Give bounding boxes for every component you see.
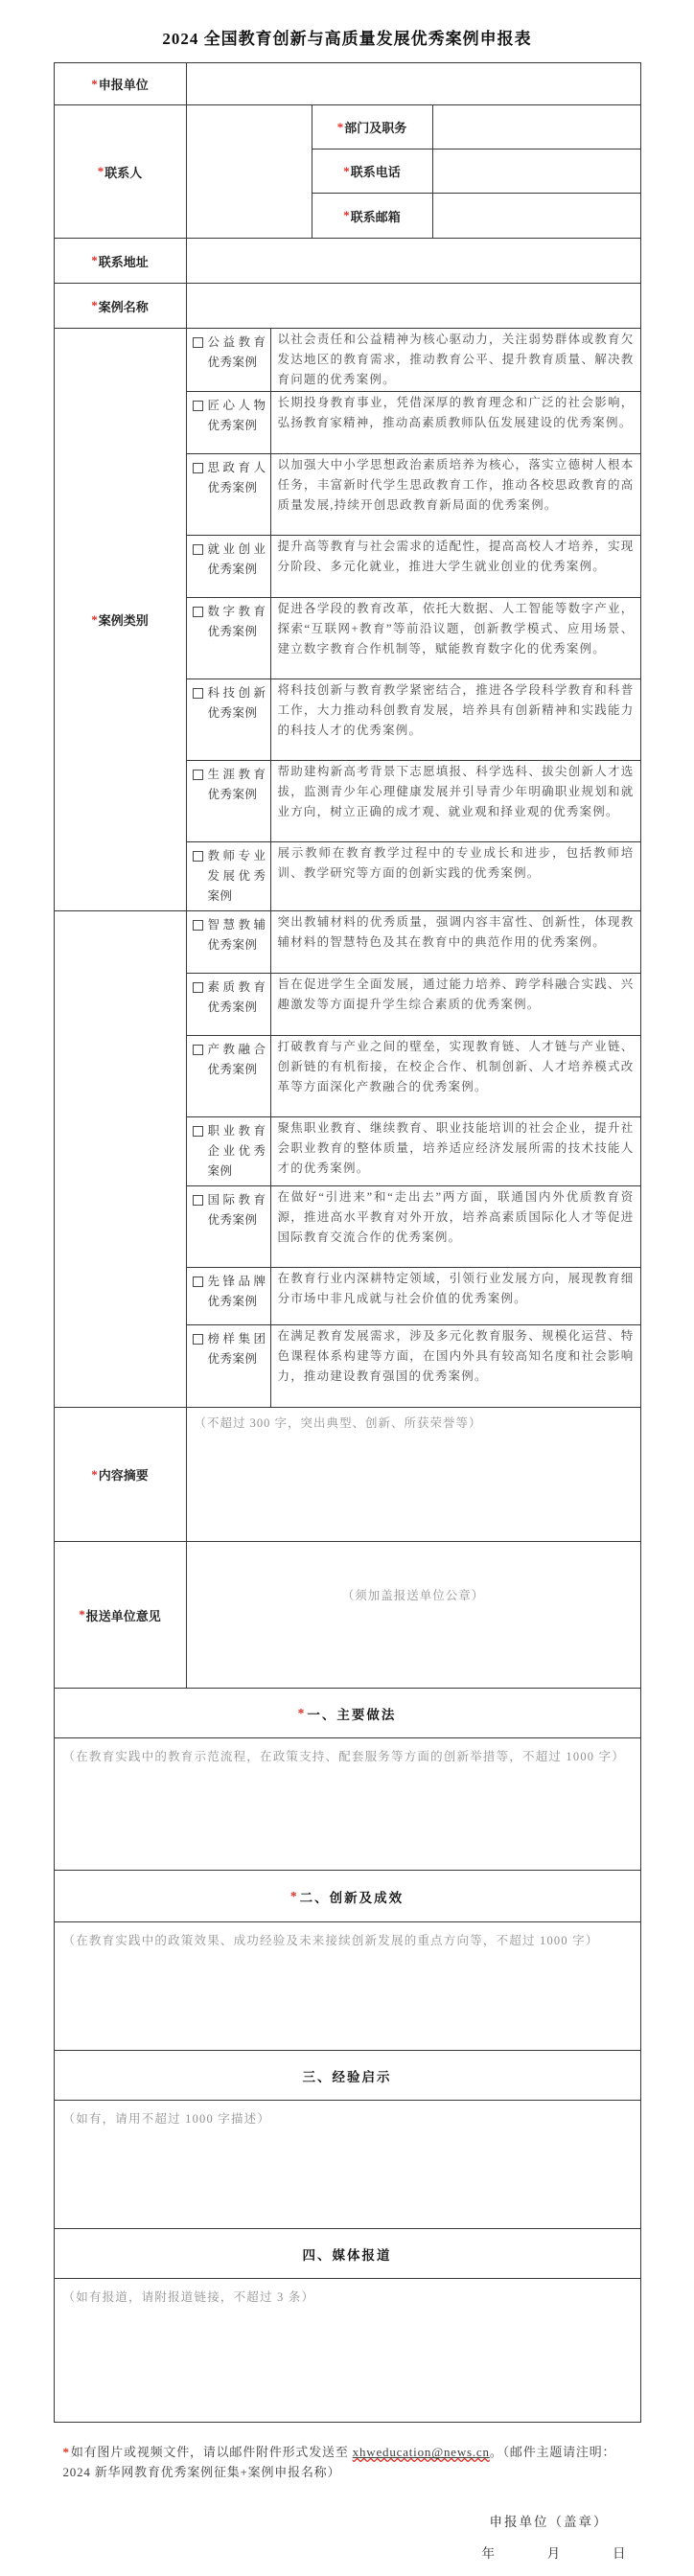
section-4-hint: （如有报道，请附报道链接，不超过 3 条） [63, 2290, 315, 2304]
footer-note: *如有图片或视频文件，请以邮件附件形式发送至 xhweducation@news… [54, 2442, 641, 2482]
section-2-input[interactable]: （在教育实践中的政策效果、成功经验及未来接续创新发展的重点方向等，不超过 100… [55, 1922, 640, 2050]
contact-label: *联系人 [55, 105, 186, 238]
category-desc: 将科技创新与教育教学紧密结合，推进各学段科学教育和科普工作，大力推动科创教育发展… [270, 679, 640, 760]
required-asterisk: * [91, 612, 98, 628]
category-checkbox[interactable] [193, 463, 203, 473]
form-footer: *如有图片或视频文件，请以邮件附件形式发送至 xhweducation@news… [54, 2442, 641, 2562]
opinion-hint: （须加盖报送单位公章） [342, 1589, 485, 1602]
contact-phone-label: *联系电话 [312, 149, 432, 193]
category-list-a: 公益教育优秀案例 以社会责任和公益精神为核心驱动力，关注弱势群体或教育欠发达地区… [186, 329, 640, 910]
summary-input[interactable]: （不超过 300 字，突出典型、创新、所获荣誉等） [186, 1408, 640, 1541]
section-3-input[interactable]: （如有，请用不超过 1000 字描述） [55, 2101, 640, 2228]
case-name-label: *案例名称 [55, 284, 186, 328]
section-1-header: *一、主要做法 [55, 1689, 640, 1738]
category-checkbox[interactable] [193, 1195, 203, 1206]
category-row-jiangxin: 匠心人物优秀案例 长期投身教育事业，凭借深厚的教育理念和广泛的社会影响，弘扬教育… [186, 392, 640, 454]
category-name: 公益教育优秀案例 [208, 333, 266, 373]
row-contact-address: *联系地址 [55, 239, 640, 284]
section-1-row: （在教育实践中的教育示范流程，在政策支持、配套服务等方面的创新举措等，不超过 1… [55, 1738, 640, 1871]
contact-address-input[interactable] [186, 239, 640, 283]
category-name: 科技创新优秀案例 [208, 683, 266, 724]
date-line: 年 月 日 [482, 2542, 626, 2562]
category-name: 职业教育企业优秀案例 [208, 1121, 266, 1182]
category-row-shengya: 生涯教育优秀案例 帮助建构新高考背景下志愿填报、科学选科、拔尖创新人才选拔，监测… [186, 761, 640, 842]
case-category-label-empty [55, 911, 186, 1407]
summary-label: *内容摘要 [55, 1408, 186, 1541]
category-checkbox[interactable] [193, 401, 203, 411]
required-asterisk: * [91, 1467, 98, 1483]
category-name: 数字教育优秀案例 [208, 602, 266, 642]
category-row-keji: 科技创新优秀案例 将科技创新与教育教学紧密结合，推进各学段科学教育和科普工作，大… [186, 679, 640, 761]
footer-note-prefix: 如有图片或视频文件，请以邮件附件形式发送至 [71, 2445, 353, 2459]
category-row-jiuye: 就业创业优秀案例 提升高等教育与社会需求的适配性，提高高校人才培养，实现分阶段、… [186, 536, 640, 598]
category-list-b: 智慧教辅优秀案例 突出教辅材料的优秀质量，强调内容丰富性、创新性，体现教辅材料的… [186, 911, 640, 1407]
category-desc: 聚焦职业教育、继续教育、职业技能培训的社会企业，提升社会职业教育的整体质量，培养… [270, 1117, 640, 1185]
category-desc: 展示教师在教育教学过程中的专业成长和进步，包括教师培训、教学研究等方面的创新实践… [270, 842, 640, 910]
category-row-jiaoshi: 教师专业发展优秀案例 展示教师在教育教学过程中的专业成长和进步，包括教师培训、教… [186, 842, 640, 910]
row-opinion: *报送单位意见 （须加盖报送单位公章） [55, 1542, 640, 1689]
category-desc: 在做好“引进来”和“走出去”两方面，联通国内外优质教育资源，推进高水平教育对外开… [270, 1186, 640, 1267]
category-checkbox[interactable] [193, 1045, 203, 1055]
case-name-input[interactable] [186, 284, 640, 328]
category-checkbox[interactable] [193, 770, 203, 780]
row-summary: *内容摘要 （不超过 300 字，突出典型、创新、所获荣誉等） [55, 1408, 640, 1542]
required-asterisk: * [343, 208, 350, 223]
category-name: 教师专业发展优秀案例 [208, 846, 266, 907]
date-day-label: 日 [613, 2542, 626, 2562]
category-row-guoji: 国际教育优秀案例 在做好“引进来”和“走出去”两方面，联通国内外优质教育资源，推… [186, 1186, 640, 1268]
section-1-hint: （在教育实践中的教育示范流程，在政策支持、配套服务等方面的创新举措等，不超过 1… [63, 1750, 625, 1763]
category-desc: 打破教育与产业之间的壁垒，实现教育链、人才链与产业链、创新链的有机衔接，在校企合… [270, 1036, 640, 1116]
application-form-table: *申报单位 *联系人 *部门及职务 *联系电话 *联系邮箱 [54, 62, 641, 2423]
category-name: 匠心人物优秀案例 [208, 396, 266, 436]
sign-unit-label: 申报单位（盖章） [490, 2511, 609, 2530]
row-case-category-block-a: *案例类别 公益教育优秀案例 以社会责任和公益精神为核心驱动力，关注弱势群体或教… [55, 329, 640, 911]
date-year-label: 年 [482, 2542, 496, 2562]
section-3-title: 三、经验启示 [303, 2066, 392, 2085]
category-checkbox[interactable] [193, 607, 203, 617]
section-4-input[interactable]: （如有报道，请附报道链接，不超过 3 条） [55, 2279, 640, 2422]
category-desc: 在教育行业内深耕特定领域，引领行业发展方向，展现教育细分市场中非凡成就与社会价值… [270, 1268, 640, 1324]
row-case-category-block-b: 智慧教辅优秀案例 突出教辅材料的优秀质量，强调内容丰富性、创新性，体现教辅材料的… [55, 911, 640, 1408]
contact-email-label: *联系邮箱 [312, 194, 432, 238]
category-desc: 长期投身教育事业，凭借深厚的教育理念和广泛的社会影响，弘扬教育家精神，推动高素质… [270, 392, 640, 453]
category-row-chanjiao: 产教融合优秀案例 打破教育与产业之间的壁垒，实现教育链、人才链与产业链、创新链的… [186, 1036, 640, 1117]
required-asterisk: * [298, 1706, 307, 1721]
section-1-title: 一、主要做法 [307, 1704, 396, 1723]
application-form-page: 2024 全国教育创新与高质量发展优秀案例申报表 *申报单位 *联系人 *部门及… [0, 0, 694, 2562]
required-asterisk: * [343, 164, 350, 179]
required-asterisk: * [79, 1607, 85, 1622]
contact-email-input[interactable] [432, 194, 640, 238]
category-checkbox[interactable] [193, 982, 203, 993]
category-name: 就业创业优秀案例 [208, 540, 266, 580]
category-name: 素质教育优秀案例 [208, 977, 266, 1018]
applicant-unit-input[interactable] [186, 63, 640, 104]
category-desc: 以加强大中小学思想政治素质培养为核心，落实立德树人根本任务，丰富新时代学生思政教… [270, 454, 640, 535]
footer-email-link[interactable]: xhweducation@news.cn [353, 2445, 490, 2459]
section-4-row: （如有报道，请附报道链接，不超过 3 条） [55, 2279, 640, 2422]
category-row-gongyi: 公益教育优秀案例 以社会责任和公益精神为核心驱动力，关注弱势群体或教育欠发达地区… [186, 329, 640, 392]
category-checkbox[interactable] [193, 851, 203, 862]
category-desc: 旨在促进学生全面发展，通过能力培养、跨学科融合实践、兴趣激发等方面提升学生综合素… [270, 974, 640, 1035]
contact-sub-table: *部门及职务 *联系电话 *联系邮箱 [312, 105, 640, 238]
contact-address-label: *联系地址 [55, 239, 186, 283]
category-checkbox[interactable] [193, 1276, 203, 1287]
category-desc: 突出教辅材料的优秀质量，强调内容丰富性、创新性，体现教辅材料的智慧特色及其在教育… [270, 911, 640, 973]
page-title: 2024 全国教育创新与高质量发展优秀案例申报表 [0, 25, 694, 49]
required-asterisk: * [91, 253, 98, 268]
section-3-row: （如有，请用不超过 1000 字描述） [55, 2101, 640, 2229]
opinion-label: *报送单位意见 [55, 1542, 186, 1688]
category-checkbox[interactable] [193, 1126, 203, 1137]
row-dept-position: *部门及职务 [312, 105, 640, 149]
category-name: 产教融合优秀案例 [208, 1040, 266, 1080]
contact-phone-input[interactable] [432, 149, 640, 193]
dept-position-input[interactable] [432, 105, 640, 149]
category-name: 生涯教育优秀案例 [208, 765, 266, 805]
required-asterisk: * [290, 1889, 299, 1904]
category-checkbox[interactable] [193, 544, 203, 555]
category-name: 国际教育优秀案例 [208, 1190, 266, 1230]
section-1-input[interactable]: （在教育实践中的教育示范流程，在政策支持、配套服务等方面的创新举措等，不超过 1… [55, 1738, 640, 1870]
section-2-hint: （在教育实践中的政策效果、成功经验及未来接续创新发展的重点方向等，不超过 100… [63, 1934, 599, 1947]
category-desc: 帮助建构新高考背景下志愿填报、科学选科、拔尖创新人才选拔，监测青少年心理健康发展… [270, 761, 640, 841]
category-row-suzhi: 素质教育优秀案例 旨在促进学生全面发展，通过能力培养、跨学科融合实践、兴趣激发等… [186, 974, 640, 1036]
category-name: 榜样集团优秀案例 [208, 1329, 266, 1369]
category-row-zhihui: 智慧教辅优秀案例 突出教辅材料的优秀质量，强调内容丰富性、创新性，体现教辅材料的… [186, 911, 640, 974]
section-3-header: 三、经验启示 [55, 2051, 640, 2101]
required-asterisk: * [91, 298, 98, 313]
section-4-header: 四、媒体报道 [55, 2229, 640, 2279]
category-desc: 促进各学段的教育改革，依托大数据、人工智能等数字产业，探索“互联网+教育”等前沿… [270, 598, 640, 678]
row-case-name: *案例名称 [55, 284, 640, 329]
category-checkbox[interactable] [193, 337, 203, 348]
footer-email-wrap: xhweducation@news.cn [353, 2445, 490, 2459]
contact-name-input[interactable] [186, 105, 312, 238]
required-asterisk: * [63, 2445, 70, 2459]
category-desc: 以社会责任和公益精神为核心驱动力，关注弱势群体或教育欠发达地区的教育需求，推动教… [270, 329, 640, 391]
section-2-row: （在教育实践中的政策效果、成功经验及未来接续创新发展的重点方向等，不超过 100… [55, 1922, 640, 2051]
category-name: 先锋品牌优秀案例 [208, 1272, 266, 1312]
required-asterisk: * [98, 164, 104, 179]
required-asterisk: * [337, 120, 344, 135]
date-month-label: 月 [547, 2542, 561, 2562]
applicant-unit-label: *申报单位 [55, 63, 186, 104]
row-contact-phone: *联系电话 [312, 149, 640, 194]
required-asterisk: * [91, 77, 98, 92]
section-3-hint: （如有，请用不超过 1000 字描述） [63, 2112, 271, 2126]
row-contact-email: *联系邮箱 [312, 194, 640, 238]
case-category-label: *案例类别 [55, 329, 186, 910]
row-applicant-unit: *申报单位 [55, 63, 640, 105]
category-name: 思政育人优秀案例 [208, 458, 266, 498]
category-desc: 在满足教育发展需求，涉及多元化教育服务、规模化运营、特色课程体系构建等方面，在国… [270, 1325, 640, 1407]
category-row-sizheng: 思政育人优秀案例 以加强大中小学思想政治素质培养为核心，落实立德树人根本任务，丰… [186, 454, 640, 536]
category-row-xianfeng: 先锋品牌优秀案例 在教育行业内深耕特定领域，引领行业发展方向，展现教育细分市场中… [186, 1268, 640, 1325]
category-row-bangyang: 榜样集团优秀案例 在满足教育发展需求，涉及多元化教育服务、规模化运营、特色课程体… [186, 1325, 640, 1407]
category-desc: 提升高等教育与社会需求的适配性，提高高校人才培养，实现分阶段、多元化就业，推进大… [270, 536, 640, 597]
category-checkbox[interactable] [193, 920, 203, 931]
category-name: 智慧教辅优秀案例 [208, 915, 266, 955]
dept-position-label: *部门及职务 [312, 105, 432, 149]
section-2-title: 二、创新及成效 [300, 1887, 405, 1906]
section-4-title: 四、媒体报道 [303, 2244, 392, 2264]
row-contact: *联系人 *部门及职务 *联系电话 *联系邮箱 [55, 105, 640, 239]
category-checkbox[interactable] [193, 688, 203, 699]
category-checkbox[interactable] [193, 1334, 203, 1345]
section-2-header: *二、创新及成效 [55, 1871, 640, 1922]
summary-hint: （不超过 300 字，突出典型、创新、所获荣誉等） [195, 1416, 482, 1430]
category-row-zhiye: 职业教育企业优秀案例 聚焦职业教育、继续教育、职业技能培训的社会企业，提升社会职… [186, 1117, 640, 1186]
opinion-input[interactable]: （须加盖报送单位公章） [186, 1542, 640, 1688]
category-row-shuzi: 数字教育优秀案例 促进各学段的教育改革，依托大数据、人工智能等数字产业，探索“互… [186, 598, 640, 679]
